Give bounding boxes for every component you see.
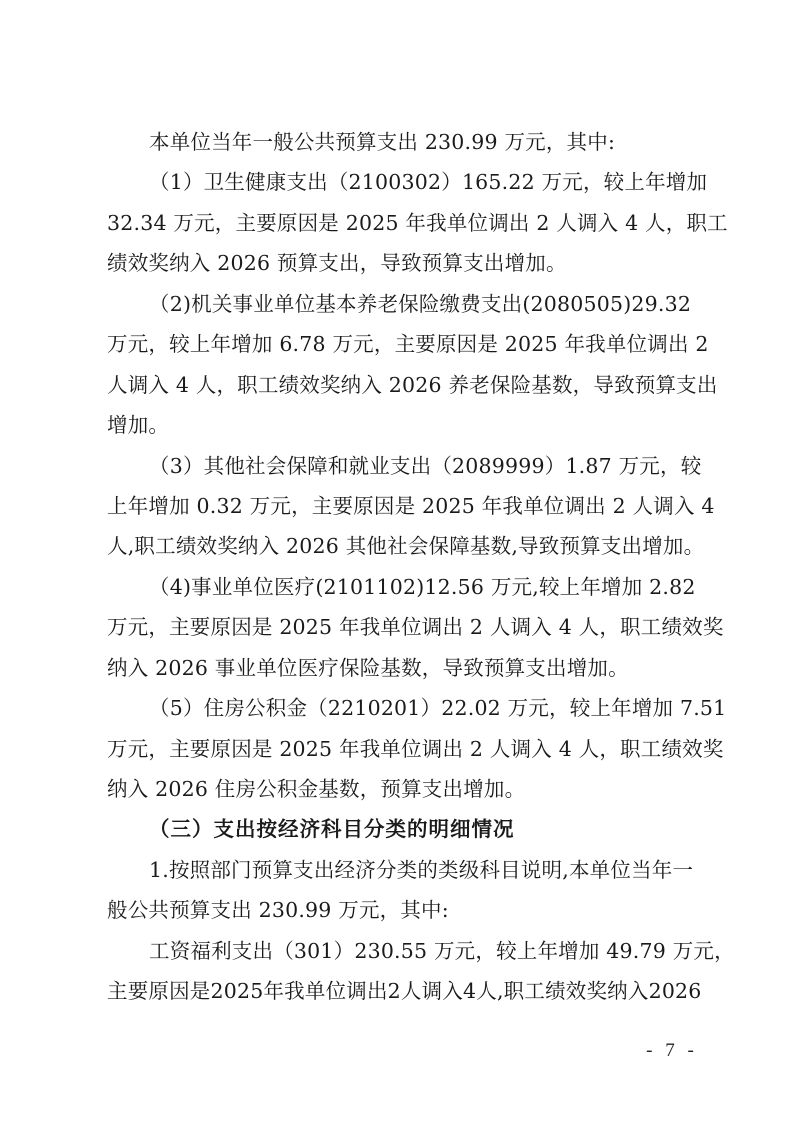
wages-line-2: 主要原因是2025年我单位调出2人调入4人,职工绩效奖纳入2026 [107, 971, 689, 1011]
item-4-line-3: 纳入 2026 事业单位医疗保险基数，导致预算支出增加。 [107, 648, 689, 688]
item-1-line-1: （1）卫生健康支出（2100302）165.22 万元，较上年增加 [107, 162, 689, 202]
item-5-line-1: （5）住房公积金（2210201）22.02 万元，较上年增加 7.51 [107, 688, 689, 728]
item-4-line-1: （4)事业单位医疗(2101102)12.56 万元,较上年增加 2.82 [107, 567, 689, 607]
item-3-line-3: 人,职工绩效奖纳入 2026 其他社会保障基数,导致预算支出增加。 [107, 526, 689, 566]
document-page: 本单位当年一般公共预算支出 230.99 万元，其中: （1）卫生健康支出（21… [0, 0, 793, 1122]
item-1-line-3: 绩效奖纳入 2026 预算支出，导致预算支出增加。 [107, 243, 689, 283]
wages-line-1: 工资福利支出（301）230.55 万元，较上年增加 49.79 万元， [107, 931, 689, 971]
item-5-line-2: 万元，主要原因是 2025 年我单位调出 2 人调入 4 人，职工绩效奖 [107, 729, 689, 769]
item-4-line-2: 万元，主要原因是 2025 年我单位调出 2 人调入 4 人，职工绩效奖 [107, 607, 689, 647]
item-1-line-2: 32.34 万元，主要原因是 2025 年我单位调出 2 人调入 4 人，职工 [107, 203, 689, 243]
item-2-line-3: 人调入 4 人，职工绩效奖纳入 2026 养老保险基数，导致预算支出 [107, 365, 689, 405]
paragraph-intro-line: 本单位当年一般公共预算支出 230.99 万元，其中: [107, 122, 689, 162]
econ-class-line-2: 般公共预算支出 230.99 万元，其中: [107, 890, 689, 930]
item-2-line-1: （2)机关事业单位基本养老保险缴费支出(2080505)29.32 [107, 284, 689, 324]
page-number: - 7 - [642, 1040, 702, 1062]
section-heading: （三）支出按经济科目分类的明细情况 [107, 809, 689, 849]
item-2-line-4: 增加。 [107, 405, 689, 445]
body-text: 本单位当年一般公共预算支出 230.99 万元，其中: （1）卫生健康支出（21… [107, 122, 689, 1012]
item-3-line-1: （3）其他社会保障和就业支出（2089999）1.87 万元，较 [107, 446, 689, 486]
item-3-line-2: 上年增加 0.32 万元，主要原因是 2025 年我单位调出 2 人调入 4 [107, 486, 689, 526]
item-5-line-3: 纳入 2026 住房公积金基数，预算支出增加。 [107, 769, 689, 809]
econ-class-line-1: 1.按照部门预算支出经济分类的类级科目说明,本单位当年一 [107, 850, 689, 890]
item-2-line-2: 万元，较上年增加 6.78 万元，主要原因是 2025 年我单位调出 2 [107, 324, 689, 364]
